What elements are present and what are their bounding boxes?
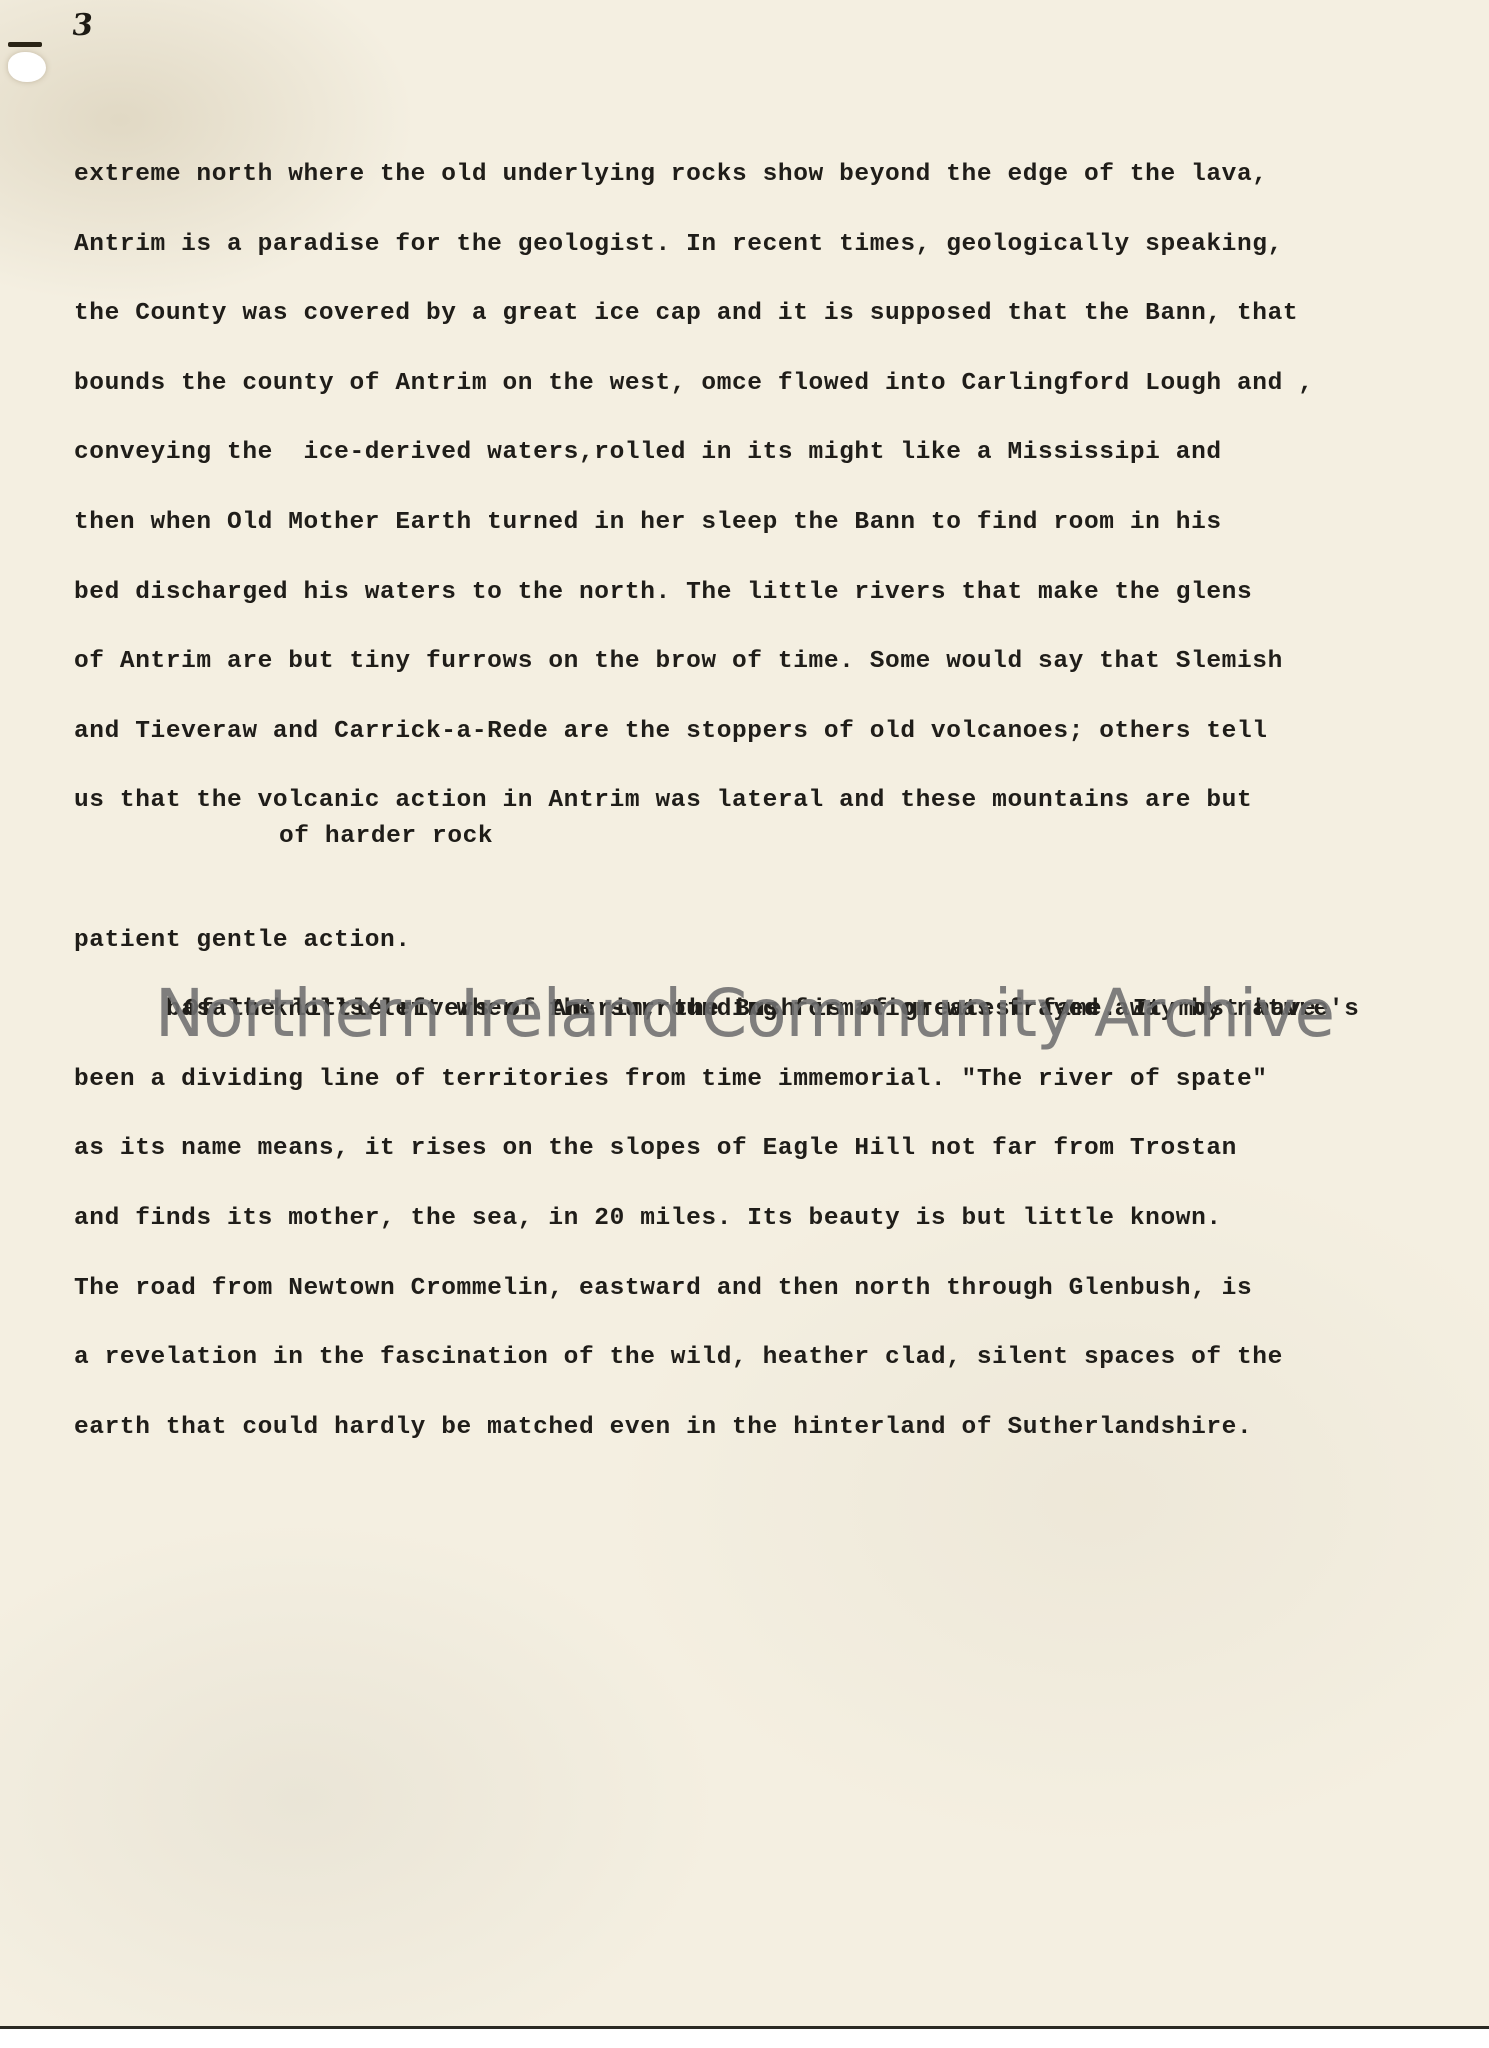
text-line: of Antrim are but tiny furrows on the br…	[74, 627, 1474, 697]
page-number: 3	[70, 8, 96, 43]
text-line: the County was covered by a great ice ca…	[74, 279, 1474, 349]
text-line: earth that could hardly be matched even …	[74, 1393, 1474, 1463]
text-line: extreme north where the old underlying r…	[74, 140, 1474, 210]
typed-text-body: extreme north where the old underlying r…	[74, 140, 1474, 1462]
interlinear-insertion: of harder rock	[279, 822, 493, 852]
pen-mark	[8, 42, 42, 47]
text-line-with-insertion: of harder rock basalt knolls/left when t…	[74, 836, 1474, 906]
paper-page: 3 extreme north where the old underlying…	[0, 0, 1489, 2029]
text-line: patient gentle action.	[74, 906, 1474, 976]
text-line: bed discharged his waters to the north. …	[74, 558, 1474, 628]
text-line: and finds its mother, the sea, in 20 mil…	[74, 1184, 1474, 1254]
text-line: The road from Newtown Crommelin, eastwar…	[74, 1254, 1474, 1324]
text-line: a revelation in the fascination of the w…	[74, 1323, 1474, 1393]
text-line: bounds the county of Antrim on the west,…	[74, 349, 1474, 419]
text-line: conveying the ice-derived waters,rolled …	[74, 418, 1474, 488]
paragraph-start-line: Of the little rivers of Antrim, the Bush…	[74, 975, 1474, 1045]
text-line: as its name means, it rises on the slope…	[74, 1114, 1474, 1184]
text-line: then when Old Mother Earth turned in her…	[74, 488, 1474, 558]
punch-hole	[8, 52, 46, 82]
text-line: Antrim is a paradise for the geologist. …	[74, 210, 1474, 280]
text-line: been a dividing line of territories from…	[74, 1045, 1474, 1115]
text-line: and Tieveraw and Carrick-a-Rede are the …	[74, 697, 1474, 767]
